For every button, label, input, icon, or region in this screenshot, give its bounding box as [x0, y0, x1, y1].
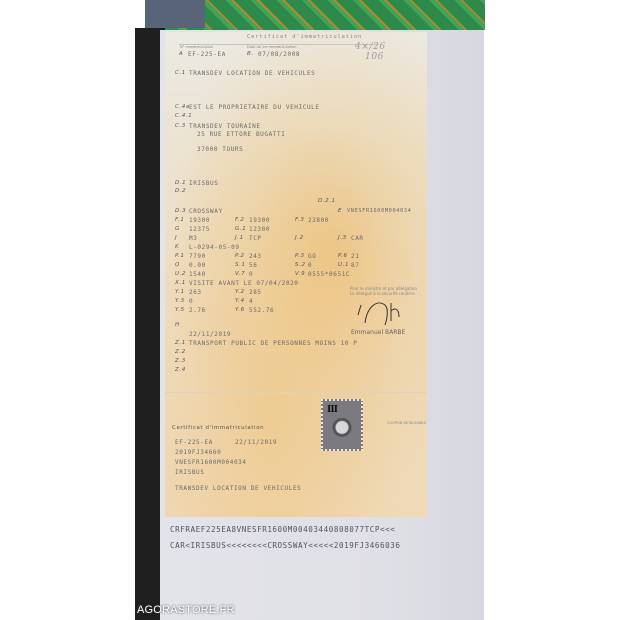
field-code: Y.1	[175, 289, 185, 295]
field-i-value: 22/11/2019	[189, 331, 231, 338]
field-value: 2.76	[189, 307, 206, 314]
field-code: Y.3	[175, 298, 185, 304]
field-code: C.4.1	[175, 113, 192, 119]
field-code: C.3	[175, 123, 186, 129]
field-code: P.6	[338, 253, 348, 259]
field-value: 4	[249, 298, 253, 305]
field-code: G	[175, 226, 180, 232]
coupon-divider	[165, 392, 427, 393]
field-code: P.3	[295, 253, 305, 259]
field-code: D.3	[175, 208, 186, 214]
first-registration-date: 07/08/2008	[258, 51, 300, 58]
mrz-line-2: CAR<IRISBUS<<<<<<<<CROSSWAY<<<<<2019FJ34…	[170, 541, 400, 550]
coupon-title: Certificat d'immatriculation	[172, 425, 264, 431]
field-e-vin: VNESFR1600M004034	[347, 208, 411, 214]
background-strip	[145, 0, 205, 28]
first-reg-date-label: Date de 1re immatriculation	[247, 45, 297, 49]
coupon-reg: EF-225-EA	[175, 439, 213, 446]
field-code: V.9	[295, 271, 305, 277]
field-code: Q	[175, 262, 180, 268]
field-code: G.1	[235, 226, 246, 232]
document-title: Certificat d'immatriculation	[247, 34, 362, 40]
field-code: Y.6	[235, 307, 245, 313]
field-code: J	[175, 235, 177, 241]
field-code: C.1	[175, 70, 186, 76]
field-value: 56	[249, 262, 257, 269]
field-code: P.1	[175, 253, 185, 259]
field-value: 0.00	[189, 262, 206, 269]
field-code: U.1	[338, 262, 349, 268]
field-code: U.2	[175, 271, 186, 277]
field-code: Y.4	[235, 298, 245, 304]
field-value: 243	[249, 253, 262, 260]
handwritten-note-2: 106	[365, 52, 384, 62]
field-code: Z.4	[175, 367, 186, 373]
coupon-date: 22/11/2019	[235, 439, 277, 446]
field-code: Z.1	[175, 340, 186, 346]
coupon-holder: TRANSDEV LOCATION DE VEHICULES	[175, 485, 301, 492]
field-code: V.7	[235, 271, 245, 277]
field-a-code: A	[179, 51, 183, 57]
field-code: Y.5	[175, 307, 185, 313]
coupon-detach-label: COUPON DÉTACHABLE	[387, 421, 427, 425]
marianne-icon: Ⅲ	[327, 405, 339, 415]
field-value: 0	[249, 271, 253, 278]
field-code: X.1	[175, 280, 186, 286]
field-c3-value: TRANSDEV TOURAINE	[189, 123, 261, 130]
field-code: F.3	[295, 217, 305, 223]
field-z1-value: TRANSPORT PUBLIC DE PERSONNES MOINS 10 P	[189, 340, 358, 347]
field-value: 263	[189, 289, 202, 296]
signature-icon	[355, 297, 405, 329]
field-code: J.3	[338, 235, 347, 241]
field-code: D.1	[175, 180, 186, 186]
address-city: 37000 TOURS	[197, 146, 243, 153]
field-value: 1540	[189, 271, 206, 278]
field-value: 12375	[189, 226, 210, 233]
field-value: 19300	[249, 217, 270, 224]
field-code: S.2	[295, 262, 306, 268]
field-code: J.1	[235, 235, 244, 241]
field-code: Z.2	[175, 349, 186, 355]
field-d1-value: IRISBUS	[189, 180, 219, 187]
coupon-formula: 2019FJ34660	[175, 449, 221, 456]
field-value: 0	[308, 262, 312, 269]
signatory-name: Emmanuel BARBE	[351, 329, 405, 336]
field-d3-value: CROSSWAY	[189, 208, 223, 215]
field-value: L-0294-05-09	[189, 244, 240, 251]
field-value: 22800	[308, 217, 329, 224]
address-line: 25 RUE ETTORE BUGATTI	[197, 131, 285, 138]
field-value: TCP	[249, 235, 262, 242]
field-value: M3	[189, 235, 197, 242]
security-stamp: Ⅲ	[321, 399, 363, 451]
field-value: 0	[189, 298, 193, 305]
coupon-brand: IRISBUS	[175, 469, 205, 476]
field-value: 87	[351, 262, 359, 269]
field-value: 7790	[189, 253, 206, 260]
field-value: 0555*0651C	[308, 271, 350, 278]
field-code: K	[175, 244, 179, 250]
field-c1-value: TRANSDEV LOCATION DE VEHICULES	[189, 70, 315, 77]
field-code: S.1	[235, 262, 246, 268]
field-value: 21	[351, 253, 359, 260]
field-value: 552.76	[249, 307, 274, 314]
field-value: 19300	[189, 217, 210, 224]
reg-number-label: N° immatriculation	[180, 45, 213, 49]
registration-number: EF-225-EA	[188, 51, 226, 58]
field-code: Z.3	[175, 358, 186, 364]
field-c4a-value: EST LE PROPRIETAIRE DU VEHICULE	[189, 104, 320, 111]
field-x1-value: VISITE AVANT LE 07/04/2020	[189, 280, 299, 287]
field-b-code: B.	[247, 51, 254, 57]
field-code: J.2	[295, 235, 304, 241]
field-code: D.2	[175, 188, 186, 194]
handwritten-note: 4×/26	[355, 42, 386, 52]
field-value: 12300	[249, 226, 270, 233]
field-value: CAR	[351, 235, 364, 242]
field-code: E	[338, 208, 342, 214]
coupon-vin: VNESFR1600M004034	[175, 459, 247, 466]
field-code: P.2	[235, 253, 245, 259]
field-code: Y.2	[235, 289, 245, 295]
field-code: C.4a	[175, 104, 190, 110]
field-code: F.2	[235, 217, 245, 223]
field-value: GO	[308, 253, 316, 260]
photo-scene: Certificat d'immatriculation N° immatric…	[0, 0, 620, 620]
field-code: H	[175, 322, 180, 328]
authority-line-2: Le délégué à la sécurité routière	[350, 291, 415, 296]
field-code: F.1	[175, 217, 185, 223]
mrz-line-1: CRFRAEF225EA8VNESFR1600M00403440808077TC…	[170, 525, 395, 534]
registration-certificate: Certificat d'immatriculation N° immatric…	[165, 32, 427, 517]
watermark: AGORASTORE.FR	[137, 604, 235, 616]
field-code: D.2.1	[318, 198, 336, 204]
field-value: 285	[249, 289, 262, 296]
